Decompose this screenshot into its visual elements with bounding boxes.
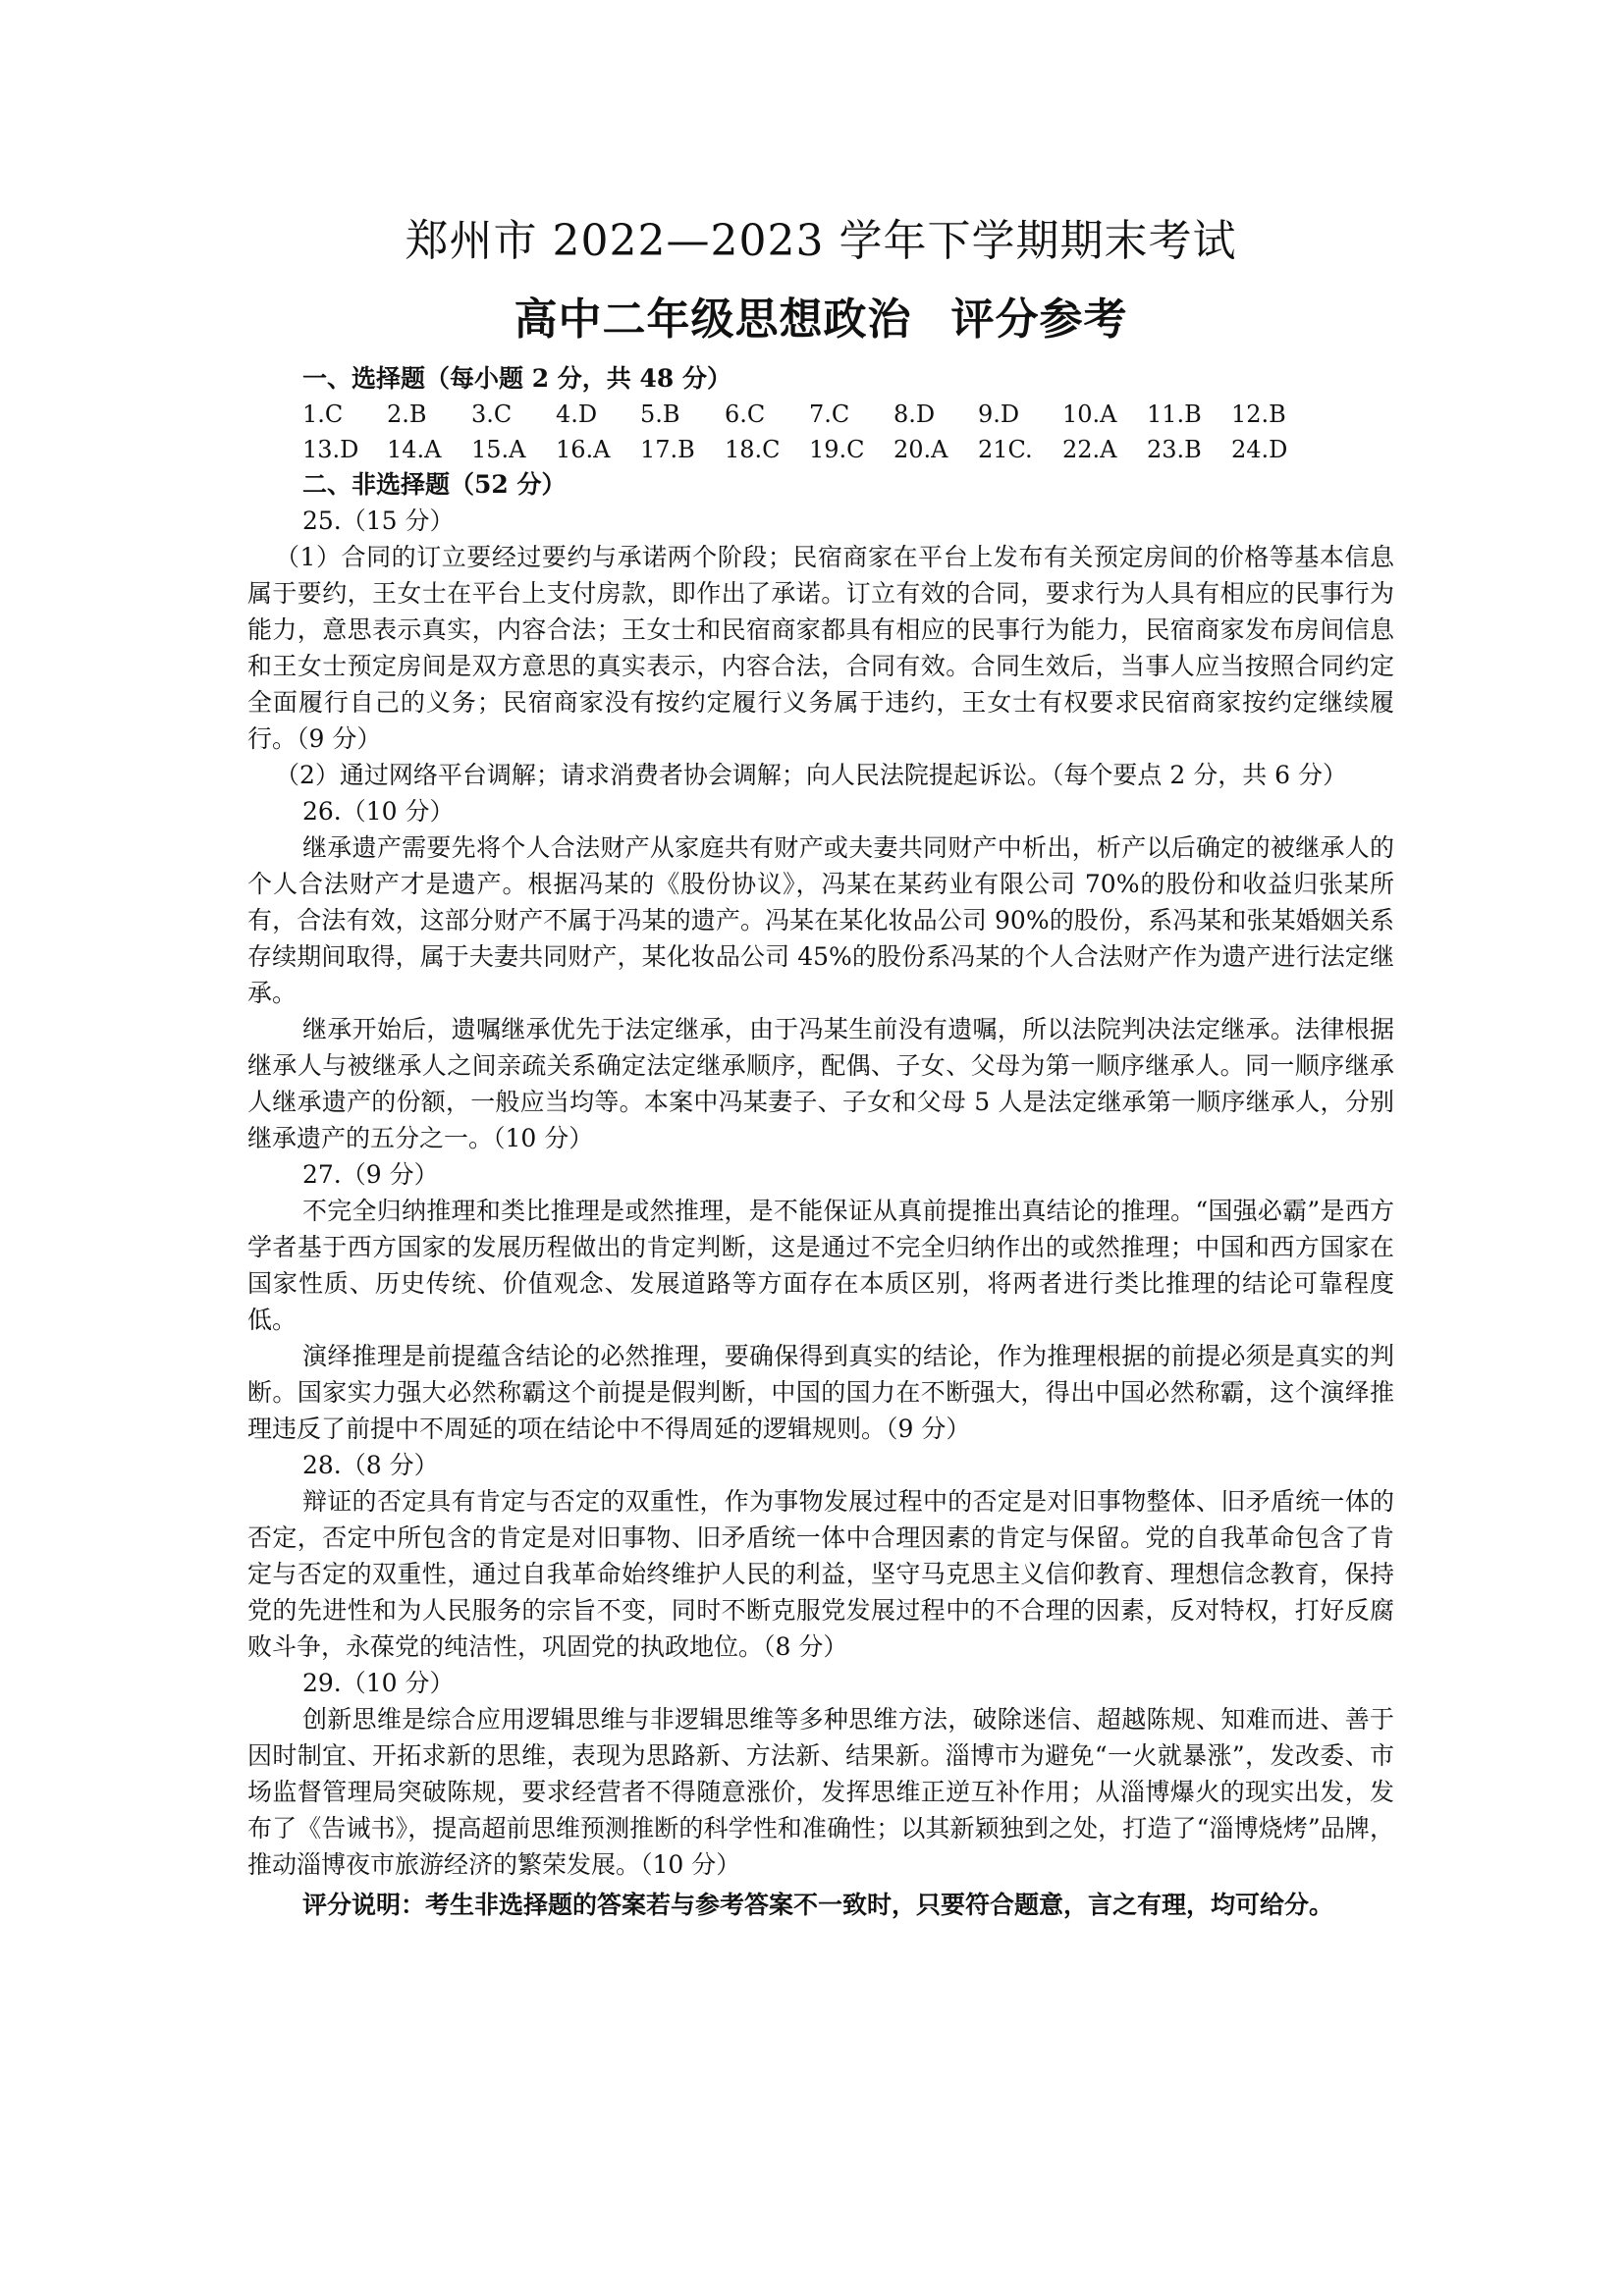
question-27: 27.（9 分） 不完全归纳推理和类比推理是或然推理，是不能保证从真前提推出真结…: [247, 1156, 1394, 1447]
answer-item: 5.B: [640, 397, 725, 432]
answer-item: 11.B: [1147, 397, 1231, 432]
answer-item: 8.D: [893, 397, 978, 432]
answer-paragraph: （1）合同的订立要经过要约与承诺两个阶段；民宿商家在平台上发布有关预定房间的价格…: [247, 539, 1394, 757]
answer-item: 16.A: [556, 432, 640, 467]
answer-item: 19.C: [809, 432, 893, 467]
answer-item: 14.A: [387, 432, 471, 467]
question-header: 26.（10 分）: [247, 793, 1394, 829]
answer-item: 4.D: [556, 397, 640, 432]
question-28: 28.（8 分） 辩证的否定具有肯定与否定的双重性，作为事物发展过程中的否定是对…: [247, 1447, 1394, 1665]
answer-item: 10.A: [1062, 397, 1147, 432]
answer-paragraph: 演绎推理是前提蕴含结论的必然推理，要确保得到真实的结论，作为推理根据的前提必须是…: [247, 1338, 1394, 1447]
answer-paragraph: 继承开始后，遗嘱继承优先于法定继承，由于冯某生前没有遗嘱，所以法院判决法定继承。…: [247, 1011, 1394, 1156]
answer-item: 6.C: [725, 397, 809, 432]
answer-item: 9.D: [978, 397, 1062, 432]
answers-row-1: 1.C 2.B 3.C 4.D 5.B 6.C 7.C 8.D 9.D 10.A…: [247, 397, 1394, 432]
answer-item: 12.B: [1231, 397, 1316, 432]
grading-note: 评分说明：考生非选择题的答案若与参考答案不一致时，只要符合题意，言之有理，均可给…: [247, 1887, 1394, 1923]
answer-paragraph: 不完全归纳推理和类比推理是或然推理，是不能保证从真前提推出真结论的推理。“国强必…: [247, 1193, 1394, 1338]
question-header: 25.（15 分）: [247, 503, 1394, 539]
answer-paragraph: （2）通过网络平台调解；请求消费者协会调解；向人民法院提起诉讼。（每个要点 2 …: [247, 757, 1394, 793]
answer-item: 24.D: [1231, 432, 1316, 467]
question-header: 29.（10 分）: [247, 1665, 1394, 1701]
answer-item: 13.D: [302, 432, 387, 467]
answer-item: 21C.: [978, 432, 1062, 467]
answer-item: 22.A: [1062, 432, 1147, 467]
answer-paragraph: 辩证的否定具有肯定与否定的双重性，作为事物发展过程中的否定是对旧事物整体、旧矛盾…: [247, 1483, 1394, 1665]
multiple-choice-heading: 一、选择题（每小题 2 分，共 48 分）: [247, 361, 1394, 397]
question-26: 26.（10 分） 继承遗产需要先将个人合法财产从家庭共有财产或夫妻共同财产中析…: [247, 793, 1394, 1156]
answer-item: 15.A: [471, 432, 556, 467]
answer-item: 23.B: [1147, 432, 1231, 467]
open-questions-heading: 二、非选择题（52 分）: [247, 467, 1394, 503]
answer-item: 7.C: [809, 397, 893, 432]
answer-item: 20.A: [893, 432, 978, 467]
answer-item: 2.B: [387, 397, 471, 432]
answer-item: 17.B: [640, 432, 725, 467]
answer-key-page: 郑州市 2022—2023 学年下学期期末考试 高中二年级思想政治评分参考 一、…: [247, 196, 1394, 1923]
answer-item: 1.C: [302, 397, 387, 432]
exam-subtitle: 高中二年级思想政治评分参考: [247, 291, 1394, 349]
question-25: 25.（15 分） （1）合同的订立要经过要约与承诺两个阶段；民宿商家在平台上发…: [247, 503, 1394, 793]
subject-label: 高中二年级思想政治: [514, 294, 912, 345]
answer-key-label: 评分参考: [951, 294, 1128, 345]
answer-paragraph: 继承遗产需要先将个人合法财产从家庭共有财产或夫妻共同财产中析出，析产以后确定的被…: [247, 829, 1394, 1011]
question-header: 28.（8 分）: [247, 1447, 1394, 1483]
question-header: 27.（9 分）: [247, 1156, 1394, 1193]
answer-item: 18.C: [725, 432, 809, 467]
answer-paragraph: 创新思维是综合应用逻辑思维与非逻辑思维等多种思维方法，破除迷信、超越陈规、知难而…: [247, 1701, 1394, 1883]
question-29: 29.（10 分） 创新思维是综合应用逻辑思维与非逻辑思维等多种思维方法，破除迷…: [247, 1665, 1394, 1883]
answer-item: 3.C: [471, 397, 556, 432]
exam-title: 郑州市 2022—2023 学年下学期期末考试: [247, 212, 1394, 271]
answers-row-2: 13.D 14.A 15.A 16.A 17.B 18.C 19.C 20.A …: [247, 432, 1394, 467]
